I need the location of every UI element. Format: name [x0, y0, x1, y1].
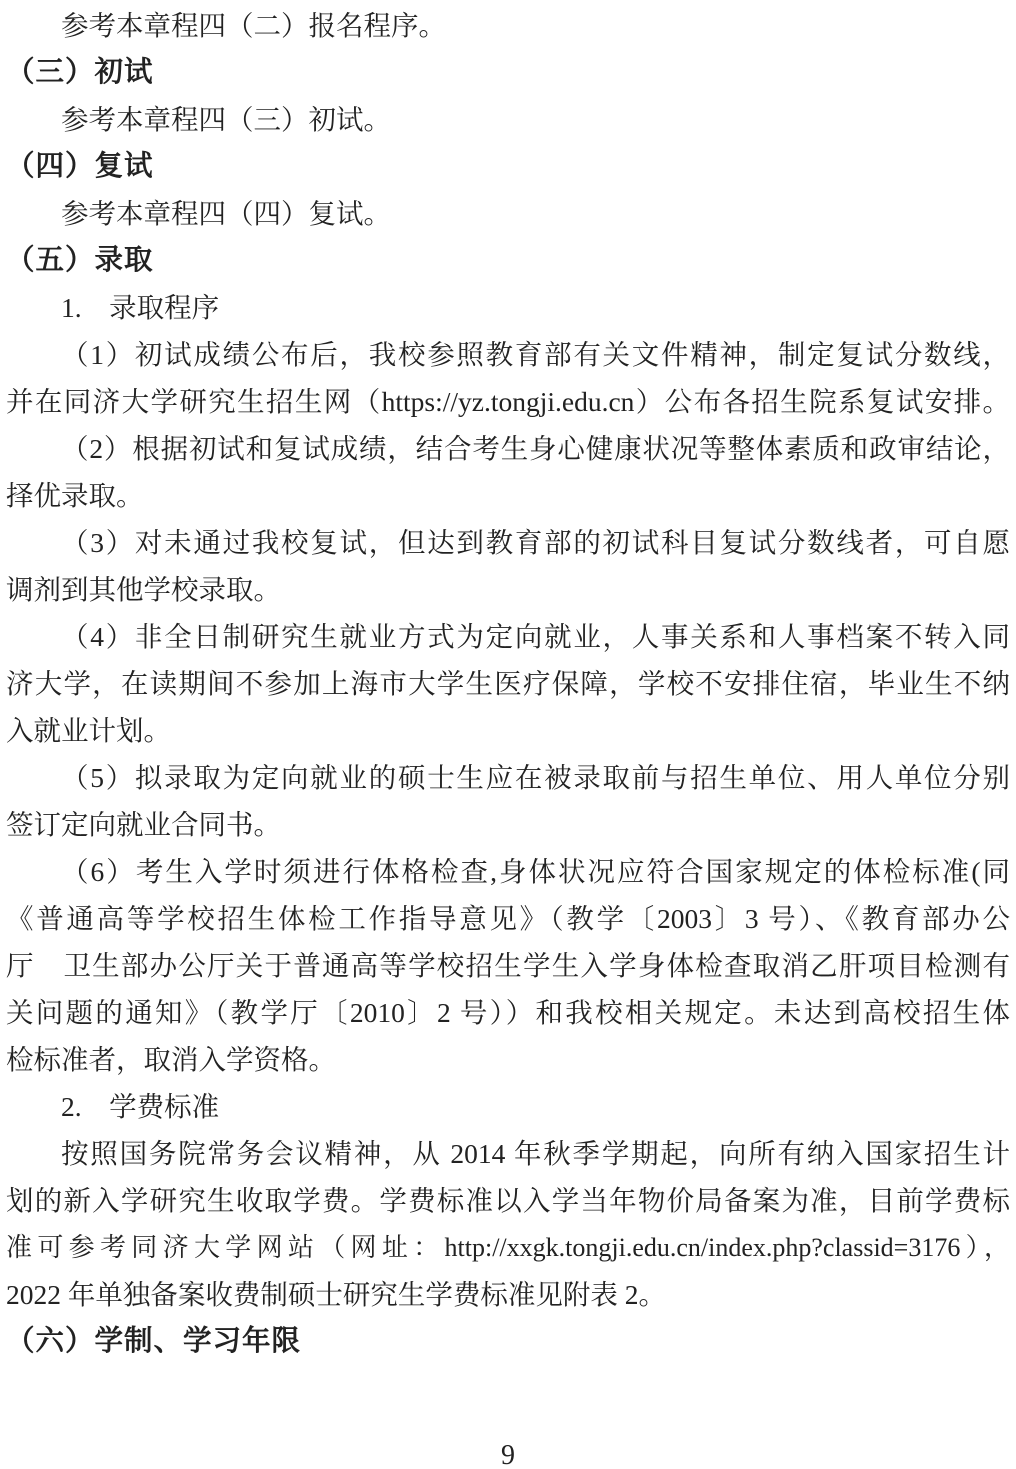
- paragraph-refer-registration: 参考本章程四（二）报名程序。: [6, 2, 1010, 49]
- paragraph-line: 签订定向就业合同书。: [6, 801, 1010, 848]
- paragraph-line: （5）拟录取为定向就业的硕士生应在被录取前与招生单位、用人单位分别: [6, 754, 1010, 801]
- section-heading-study-duration: （六）学制、学习年限: [6, 1318, 1010, 1365]
- section-heading-preliminary-exam: （三）初试: [6, 49, 1010, 96]
- paragraph-line: 调剂到其他学校录取。: [6, 566, 1010, 613]
- page-number: 9: [6, 1440, 1010, 1469]
- paragraph-line: 并在同济大学研究生招生网（https://yz.tongji.edu.cn）公布…: [6, 378, 1010, 425]
- paragraph-line: （1）初试成绩公布后，我校参照教育部有关文件精神，制定复试分数线，: [6, 331, 1010, 378]
- paragraph-line: 2022 年单独备案收费制硕士研究生学费标准见附表 2。: [6, 1271, 1010, 1318]
- paragraph-line: 检标准者，取消入学资格。: [6, 1036, 1010, 1083]
- paragraph-line: （3）对未通过我校复试，但达到教育部的初试科目复试分数线者，可自愿: [6, 519, 1010, 566]
- paragraph-line: 关问题的通知》（教学厅〔2010〕2 号））和我校相关规定。未达到高校招生体: [6, 989, 1010, 1036]
- section-heading-reexamination: （四）复试: [6, 143, 1010, 190]
- paragraph-line: 济大学，在读期间不参加上海市大学生医疗保障，学校不安排住宿，毕业生不纳: [6, 660, 1010, 707]
- paragraph-line: 择优录取。: [6, 472, 1010, 519]
- subheading-tuition-standard: 2. 学费标准: [6, 1083, 1010, 1130]
- paragraph-line: 《普通高等学校招生体检工作指导意见》（教学〔2003〕3 号）、《教育部办公: [6, 895, 1010, 942]
- paragraph-line-tuition-url: 准可参考同济大学网站（网址：http://xxgk.tongji.edu.cn/…: [6, 1224, 1010, 1271]
- paragraph-line: （6）考生入学时须进行体格检查,身体状况应符合国家规定的体检标准(同: [6, 848, 1010, 895]
- section-heading-admission: （五）录取: [6, 237, 1010, 284]
- paragraph-line: 按照国务院常务会议精神，从 2014 年秋季学期起，向所有纳入国家招生计: [6, 1130, 1010, 1177]
- paragraph-refer-preliminary: 参考本章程四（三）初试。: [6, 96, 1010, 143]
- paragraph-line: （4）非全日制研究生就业方式为定向就业，人事关系和人事档案不转入同: [6, 613, 1010, 660]
- subheading-admission-procedure: 1. 录取程序: [6, 284, 1010, 331]
- paragraph-line: （2）根据初试和复试成绩，结合考生身心健康状况等整体素质和政审结论，: [6, 425, 1010, 472]
- paragraph-line: 厅 卫生部办公厅关于普通高等学校招生学生入学身体检查取消乙肝项目检测有: [6, 942, 1010, 989]
- document-page: 参考本章程四（二）报名程序。 （三）初试 参考本章程四（三）初试。 （四）复试 …: [6, 2, 1010, 1469]
- paragraph-refer-reexamination: 参考本章程四（四）复试。: [6, 190, 1010, 237]
- paragraph-line: 入就业计划。: [6, 707, 1010, 754]
- paragraph-line: 划的新入学研究生收取学费。学费标准以入学当年物价局备案为准，目前学费标: [6, 1177, 1010, 1224]
